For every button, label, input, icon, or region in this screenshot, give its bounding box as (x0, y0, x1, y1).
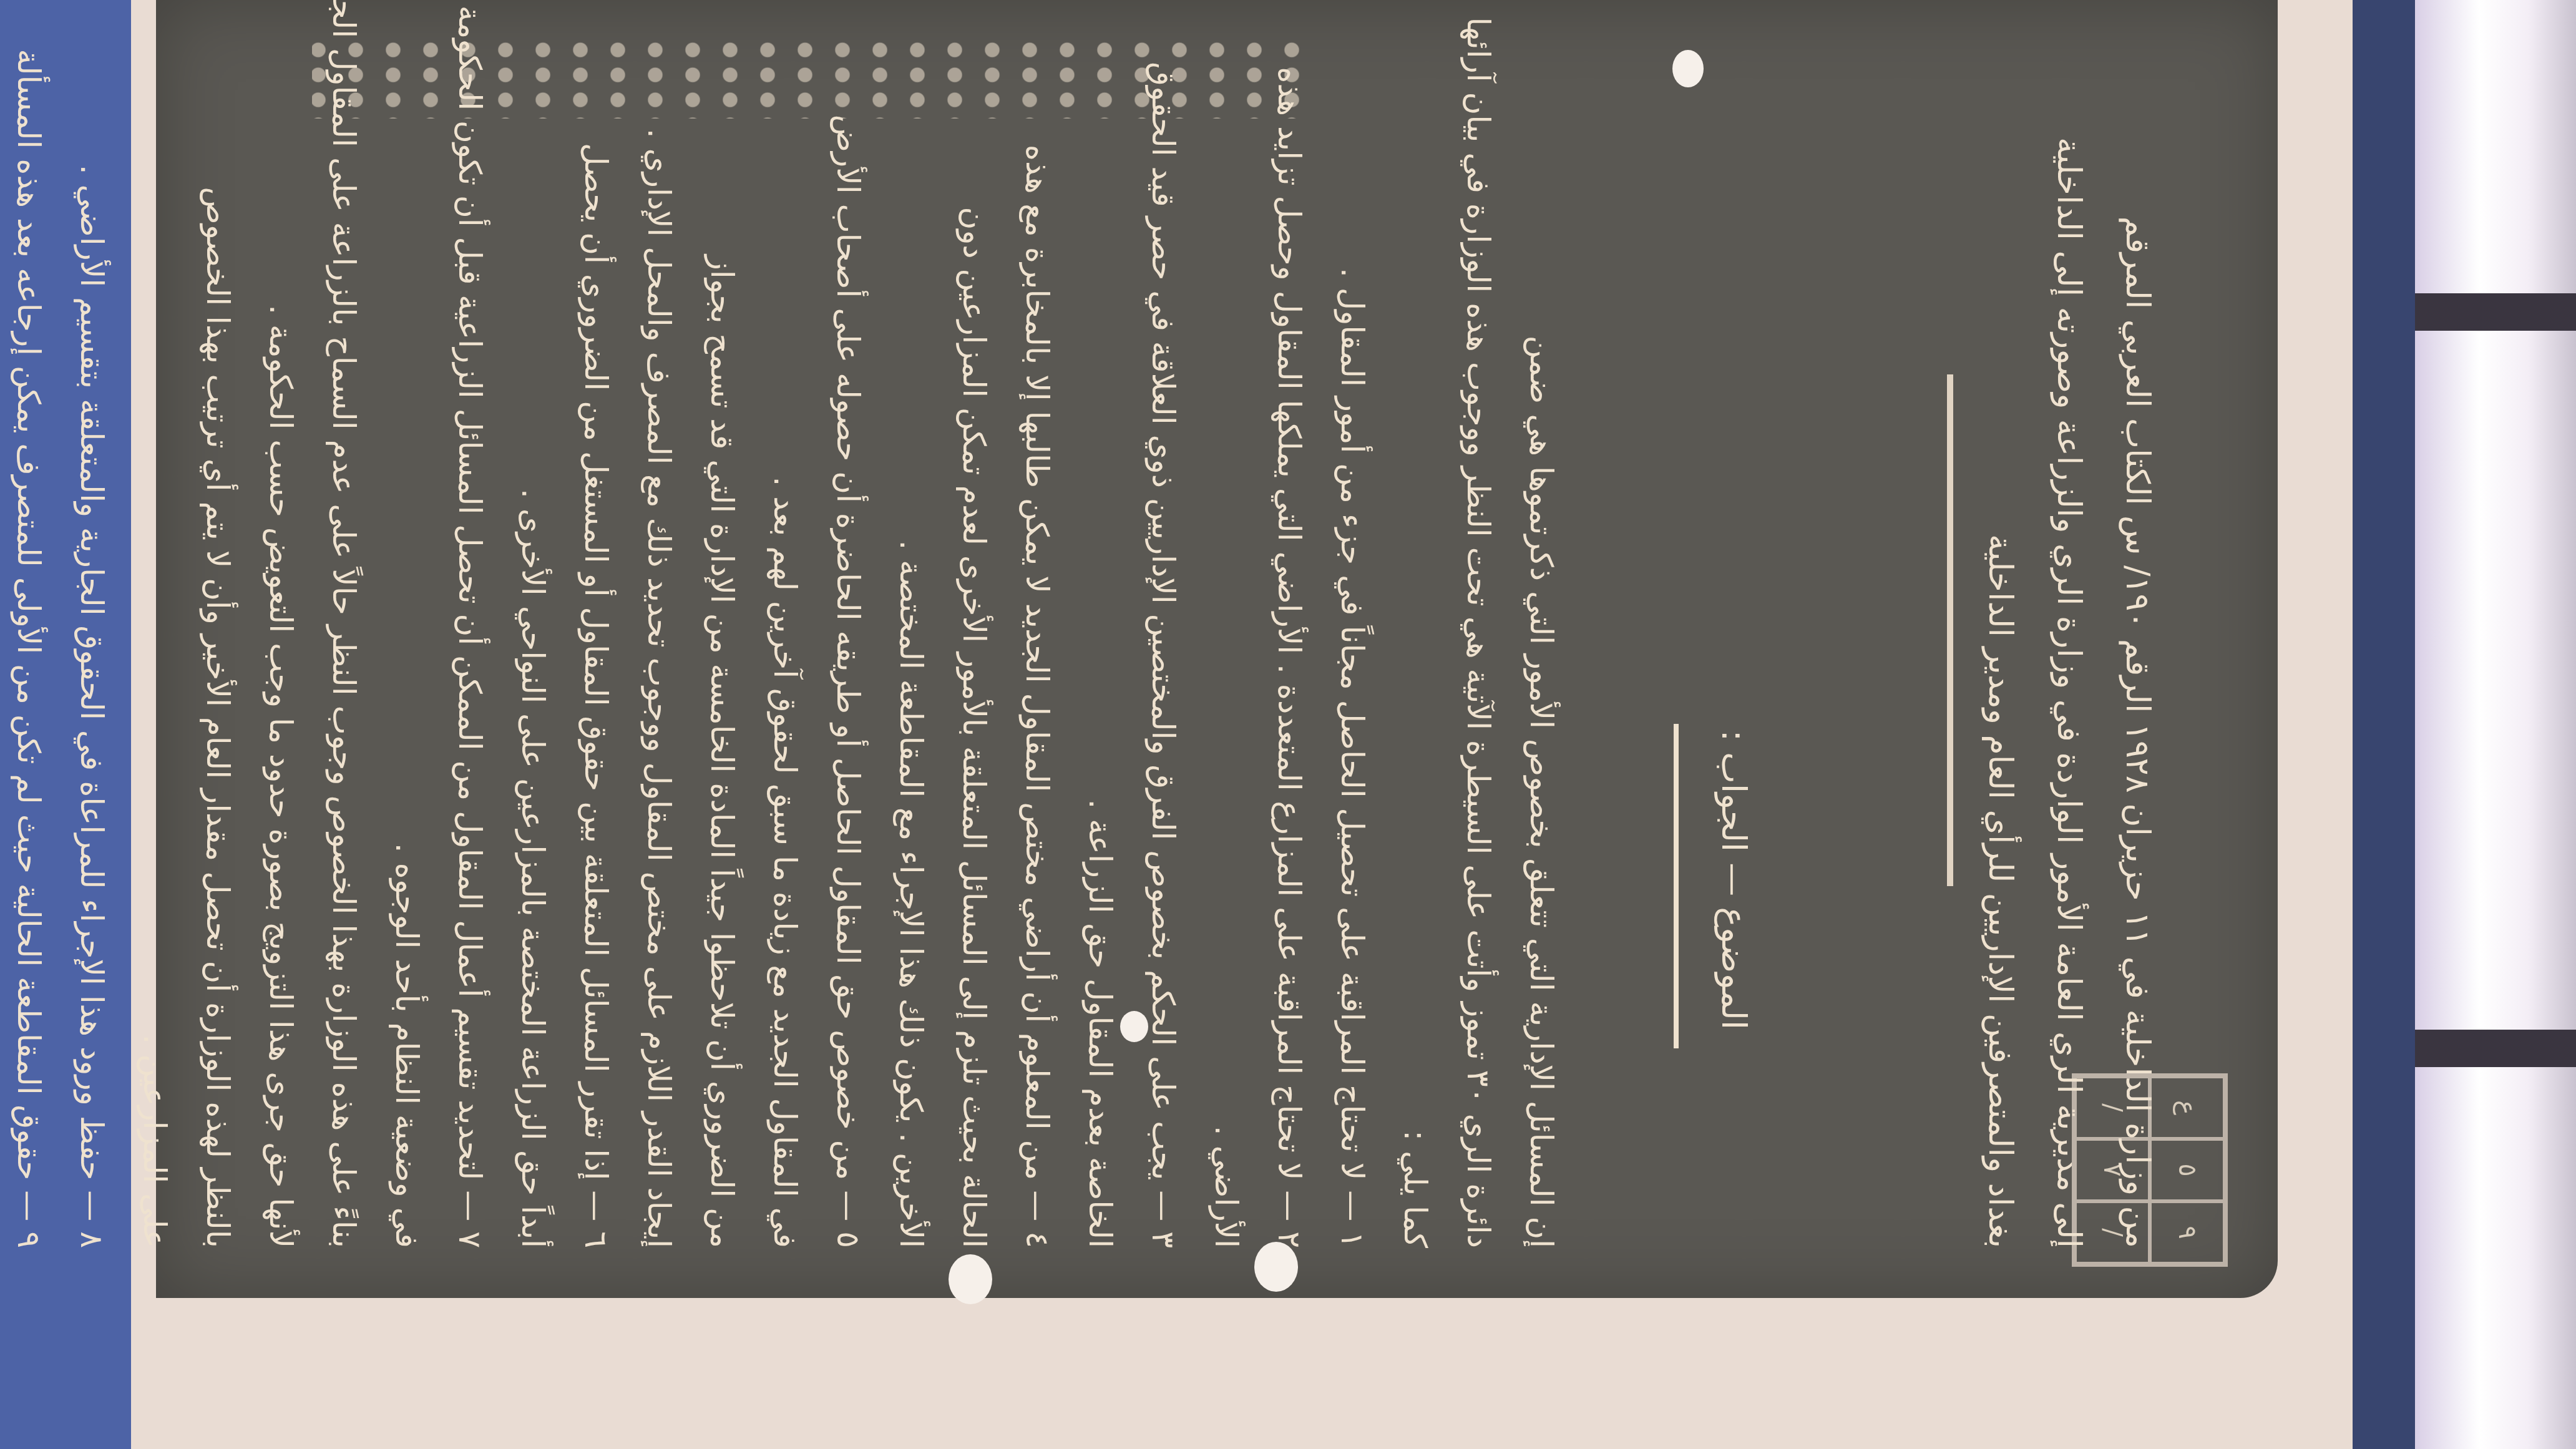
paper-tear (949, 1254, 992, 1304)
body-line: الأخرين . يكون ذلك هذا الإجراء مع المقاط… (879, 12, 942, 1248)
body-line: أبداً حق الزراعة المختصة بالمزارعين على … (501, 12, 564, 1248)
display-frame (2353, 0, 2415, 1449)
body-line: ٧ — لتحديد تقسيم أعمال المقاول من الممكن… (438, 12, 501, 1248)
header-divider (1947, 374, 1953, 886)
body-line: الخاصة بعدم المقاول حق الزراعة . (1068, 12, 1131, 1248)
window-mullion (2415, 293, 2576, 331)
body-line: ٩ — حقوق المقاطعة الحالية حيث لم تكن من … (0, 12, 60, 1248)
body-line: ٥ — من خصوص حق المقاول الحاصل أو طريقه ا… (816, 12, 879, 1248)
body-line: في وضعية النظام بأحد الوجوه . (375, 12, 438, 1248)
body-line: ١ — لا تحتاج المراقبة على تحصيل الحاصل م… (1320, 12, 1383, 1248)
body-line: الحالة بحيث تلزم إلى المسائل المتعلقة با… (942, 12, 1005, 1248)
subject-underline (1674, 724, 1679, 1048)
document-page: ٩ ٥ ع / ٧ / من وزارة الداخلية في ١١ حزير… (218, 25, 2278, 1273)
window-mullion (2415, 1030, 2576, 1067)
body-line: لأنها حق جرى هذا التزويج بصورة حدود ما و… (249, 12, 312, 1248)
window-light (2415, 0, 2576, 1449)
header-line: إلى مديرية الري العامة الأمور الواردة في… (2034, 62, 2103, 1248)
body-line: دائرة الري ٣٠ تموز وأتت على السيطرة الآت… (1447, 12, 1510, 1248)
body-line: على المزارعين . (123, 12, 186, 1248)
perforation-margin (312, 37, 1310, 119)
letter-body: إن المسائل الإدارية التي تتعلق بخصوص الأ… (0, 12, 1573, 1248)
body-line: من الضروري أن تلاحظوا جيداً المادة الخام… (690, 12, 753, 1248)
body-line: ٦ — إذا تقرر المسائل المتعلقة بين حقوق ا… (564, 12, 627, 1248)
letter-header: من وزارة الداخلية في ١١ حزيران ١٩٢٨ الرق… (1966, 62, 2172, 1248)
paper-tear (1120, 1011, 1148, 1042)
body-line: ٤ — من المعلوم أن أراضي مختص المقاول الج… (1005, 12, 1068, 1248)
header-line: بغداد والمتصرفين الإداريين للرأي العام و… (1966, 62, 2034, 1248)
body-line: بالنظر لهذه الوزارة أن تحصل مقدار العام … (186, 12, 249, 1248)
body-line: ٢ — لا تحتاج المراقبة على المزارع المتعد… (1257, 12, 1320, 1248)
paper-tear (1672, 50, 1704, 87)
body-line: ٨ — حفظ ورود هذا الإجراء للمراعاة في الح… (60, 12, 123, 1248)
body-line: كما يلي : (1383, 12, 1447, 1248)
body-line: إيجاد القدر اللازم على مختص المقاول ووجو… (627, 12, 690, 1248)
body-line: ٣ — يجب على الحكم بخصوص الفرق والمختصين … (1131, 12, 1194, 1248)
body-line: بناءً على هذه الوزارة بهذا الخصوص وجوب ا… (312, 12, 375, 1248)
body-line: الأراضي . (1194, 12, 1257, 1248)
header-line: من وزارة الداخلية في ١١ حزيران ١٩٢٨ الرق… (2103, 62, 2172, 1248)
subject-heading: الموضوع — الجواب : (1714, 705, 1754, 1030)
paper-tear (1254, 1242, 1298, 1292)
body-line: إن المسائل الإدارية التي تتعلق بخصوص الأ… (1510, 12, 1573, 1248)
body-line: في المقاول الجديد مع زيادة ما سبق لحقوق … (753, 12, 816, 1248)
